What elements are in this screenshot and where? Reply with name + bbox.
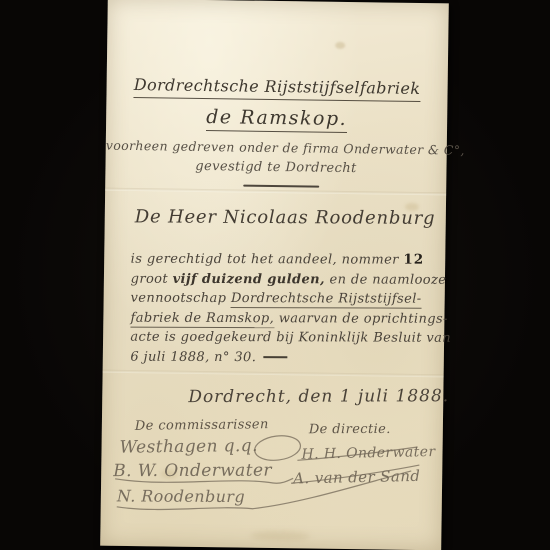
location-line: gevestigd te Dordrecht bbox=[105, 158, 446, 178]
company-title-line2-text: de Ramskop. bbox=[206, 106, 347, 133]
signature-commissioner-3: N. Roodenburg bbox=[117, 486, 245, 506]
signature-director-1: H. H. Onderwater bbox=[301, 444, 435, 463]
commissioners-heading: De commissarissen bbox=[135, 417, 269, 434]
body-line-6: 6 juli 1888, n° 30. bbox=[130, 347, 451, 368]
paper-stain bbox=[335, 42, 345, 49]
company-title-line1-text: Dordrechtsche Rijststijfselfabriek bbox=[134, 75, 421, 102]
company-name-underlined-1: Dordrechtsche Rijststijfsel- bbox=[231, 291, 422, 309]
body-line-3: vennootschap Dordrechtsche Rijststijfsel… bbox=[131, 289, 452, 310]
body-line-2-post: en de naamlooze bbox=[329, 272, 446, 287]
body-line-4-post: waarvan de oprichtings- bbox=[279, 311, 448, 327]
body-line-2: groot vijf duizend gulden, en de naamloo… bbox=[131, 269, 452, 290]
company-name-underlined-2: fabriek de Ramskop, bbox=[130, 310, 274, 328]
photo-background: Dordrechtsche Rijststijfselfabriek de Ra… bbox=[0, 0, 550, 550]
body-line-5: acte is goedgekeurd bij Koninklijk Beslu… bbox=[130, 328, 451, 349]
signature-director-2: A. van der Sand bbox=[293, 467, 420, 488]
decree-date-text: 6 juli 1888, n° 30. bbox=[130, 349, 256, 364]
share-amount: vijf duizend gulden, bbox=[173, 271, 325, 287]
certificate-body: is gerechtigd tot het aandeel, nommer 12… bbox=[130, 250, 451, 368]
directors-heading: De directie. bbox=[309, 422, 391, 437]
signature-commissioner-1: Westhagen q.q. bbox=[119, 436, 257, 458]
certificate-paper: Dordrechtsche Rijststijfselfabriek de Ra… bbox=[100, 0, 449, 550]
fold-crease-upper bbox=[105, 188, 446, 196]
header-divider-rule bbox=[243, 185, 319, 188]
body-line-1: is gerechtigd tot het aandeel, nommer 12 bbox=[131, 250, 452, 271]
fold-crease-lower bbox=[103, 370, 444, 378]
body-line-1-text: is gerechtigd tot het aandeel, nommer bbox=[131, 252, 399, 268]
recipient-name: De Heer Nicolaas Roodenburg bbox=[135, 206, 436, 229]
place-date-line: Dordrecht, den 1 juli 1888. bbox=[188, 386, 449, 407]
signature-commissioner-2: B. W. Onderwater bbox=[113, 461, 272, 482]
body-line-2-pre: groot bbox=[131, 271, 168, 286]
body-line-3-pre: vennootschap bbox=[131, 291, 227, 306]
paper-stain bbox=[250, 531, 310, 542]
share-number: 12 bbox=[403, 252, 424, 268]
former-firm-line: voorheen gedreven onder de firma Onderwa… bbox=[106, 138, 447, 158]
end-dash-stroke bbox=[263, 356, 287, 358]
body-line-4: fabriek de Ramskop, waarvan de oprichtin… bbox=[130, 308, 451, 329]
company-title-line2: de Ramskop. bbox=[106, 105, 447, 132]
company-title-line1: Dordrechtsche Rijststijfselfabriek bbox=[107, 75, 448, 99]
